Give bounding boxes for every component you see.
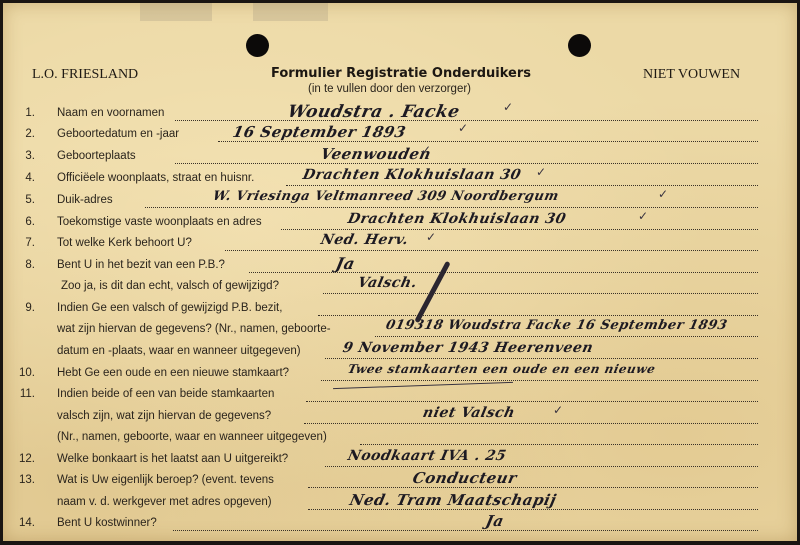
field-label: Zoo ja, is dit dan echt, valsch of gewij… <box>61 280 279 292</box>
answer-line <box>360 444 758 445</box>
field-number: 12. <box>11 453 35 465</box>
field-label: datum en -plaats, waar en wanneer uitgeg… <box>57 345 301 357</box>
answer-line <box>175 163 758 164</box>
checkmark-icon: ✓ <box>458 121 468 135</box>
checkmark-icon: ✓ <box>536 165 546 179</box>
handwritten-answer: Drachten Klokhuislaan 30 <box>301 167 522 183</box>
handwritten-answer: Twee stamkaarten een oude en een nieuwe <box>347 362 657 376</box>
stamp-smudge <box>253 3 328 21</box>
handwritten-answer: Woudstra . Facke <box>286 102 462 122</box>
punch-hole-right <box>568 34 591 57</box>
field-label: Officiëele woonplaats, straat en huisnr. <box>57 172 254 184</box>
answer-line <box>281 229 758 230</box>
organization-label: L.O. FRIESLAND <box>32 67 138 83</box>
field-number: 10. <box>11 367 35 379</box>
field-label: naam v. d. werkgever met adres opgeven) <box>57 496 272 508</box>
handwritten-answer: Noodkaart IVA . 25 <box>346 448 508 464</box>
field-label: Naam en voornamen <box>57 107 164 119</box>
field-number: 13. <box>11 474 35 486</box>
registration-card: L.O. FRIESLAND Formulier Registratie Ond… <box>3 3 797 541</box>
field-label: valsch zijn, wat zijn hiervan de gegeven… <box>57 410 271 422</box>
field-label: wat zijn hiervan de gegevens? (Nr., name… <box>57 323 331 335</box>
field-number: 4. <box>11 172 35 184</box>
field-label: Welke bonkaart is het laatst aan U uitge… <box>57 453 288 465</box>
field-number: 11. <box>11 388 35 400</box>
pen-stroke <box>333 382 513 389</box>
handwritten-answer: 16 September 1893 <box>231 123 408 141</box>
field-number: 1. <box>11 107 35 119</box>
handwritten-answer: W. Vriesinga Veltmanreed 309 Noordbergum <box>211 189 560 204</box>
handwritten-answer: 019318 Woudstra Facke 16 September 1893 <box>384 318 728 333</box>
answer-line <box>306 401 758 402</box>
handwritten-answer: Conducteur <box>411 469 518 487</box>
answer-line <box>308 487 758 488</box>
field-label: Indien beide of een van beide stamkaarte… <box>57 388 274 400</box>
field-label: (Nr., namen, geboorte, waar en wanneer u… <box>57 431 327 443</box>
field-number: 5. <box>11 194 35 206</box>
field-label: Geboortedatum en -jaar <box>57 128 179 140</box>
pen-stroke <box>414 261 450 323</box>
field-label: Indien Ge een valsch of gewijzigd P.B. b… <box>57 302 282 314</box>
answer-line <box>145 207 758 208</box>
field-number: 2. <box>11 128 35 140</box>
field-number: 7. <box>11 237 35 249</box>
answer-line <box>375 336 758 337</box>
answer-line <box>308 509 758 510</box>
handwritten-answer: Ned. Tram Maatschapij <box>348 491 558 509</box>
form-subtitle: (in te vullen door den verzorger) <box>308 83 471 95</box>
answer-line <box>304 423 758 424</box>
checkmark-icon: ✓ <box>426 230 436 244</box>
answer-line <box>286 185 758 186</box>
field-number: 8. <box>11 259 35 271</box>
handwritten-answer: Veenwouden <box>319 145 433 163</box>
answer-line <box>321 380 758 381</box>
field-label: Toekomstige vaste woonplaats en adres <box>57 216 262 228</box>
field-label: Wat is Uw eigenlijk beroep? (event. teve… <box>57 474 274 486</box>
field-number: 3. <box>11 150 35 162</box>
checkmark-icon: ✓ <box>421 143 431 157</box>
punch-hole-left <box>246 34 269 57</box>
answer-line <box>249 272 758 273</box>
handwritten-answer: Ned. Herv. <box>319 232 410 248</box>
handwritten-answer: Drachten Klokhuislaan 30 <box>346 211 567 227</box>
handwritten-answer: Ja <box>484 512 506 530</box>
checkmark-icon: ✓ <box>638 209 648 223</box>
handwritten-answer: Ja <box>334 254 357 273</box>
field-number: 14. <box>11 517 35 529</box>
field-number: 9. <box>11 302 35 314</box>
field-label: Hebt Ge een oude en een nieuwe stamkaart… <box>57 367 289 379</box>
field-label: Bent U kostwinner? <box>57 517 157 529</box>
answer-line <box>323 293 758 294</box>
field-label: Geboorteplaats <box>57 150 136 162</box>
field-label: Bent U in het bezit van een P.B.? <box>57 259 225 271</box>
answer-line <box>325 466 758 467</box>
answer-line <box>318 315 758 316</box>
checkmark-icon: ✓ <box>658 187 668 201</box>
answer-line <box>325 358 758 359</box>
answer-line <box>218 141 758 142</box>
handwritten-answer: niet Valsch <box>421 405 516 421</box>
answer-line <box>225 250 758 251</box>
field-label: Duik-adres <box>57 194 113 206</box>
field-number: 6. <box>11 216 35 228</box>
handwritten-answer: Valsch. <box>356 275 418 291</box>
stamp-smudge <box>140 3 212 21</box>
checkmark-icon: ✓ <box>553 403 563 417</box>
field-label: Tot welke Kerk behoort U? <box>57 237 192 249</box>
checkmark-icon: ✓ <box>503 100 513 114</box>
form-title: Formulier Registratie Onderduikers <box>271 66 531 81</box>
do-not-fold-label: NIET VOUWEN <box>643 67 740 83</box>
answer-line <box>173 530 758 531</box>
handwritten-answer: 9 November 1943 Heerenveen <box>341 340 594 356</box>
